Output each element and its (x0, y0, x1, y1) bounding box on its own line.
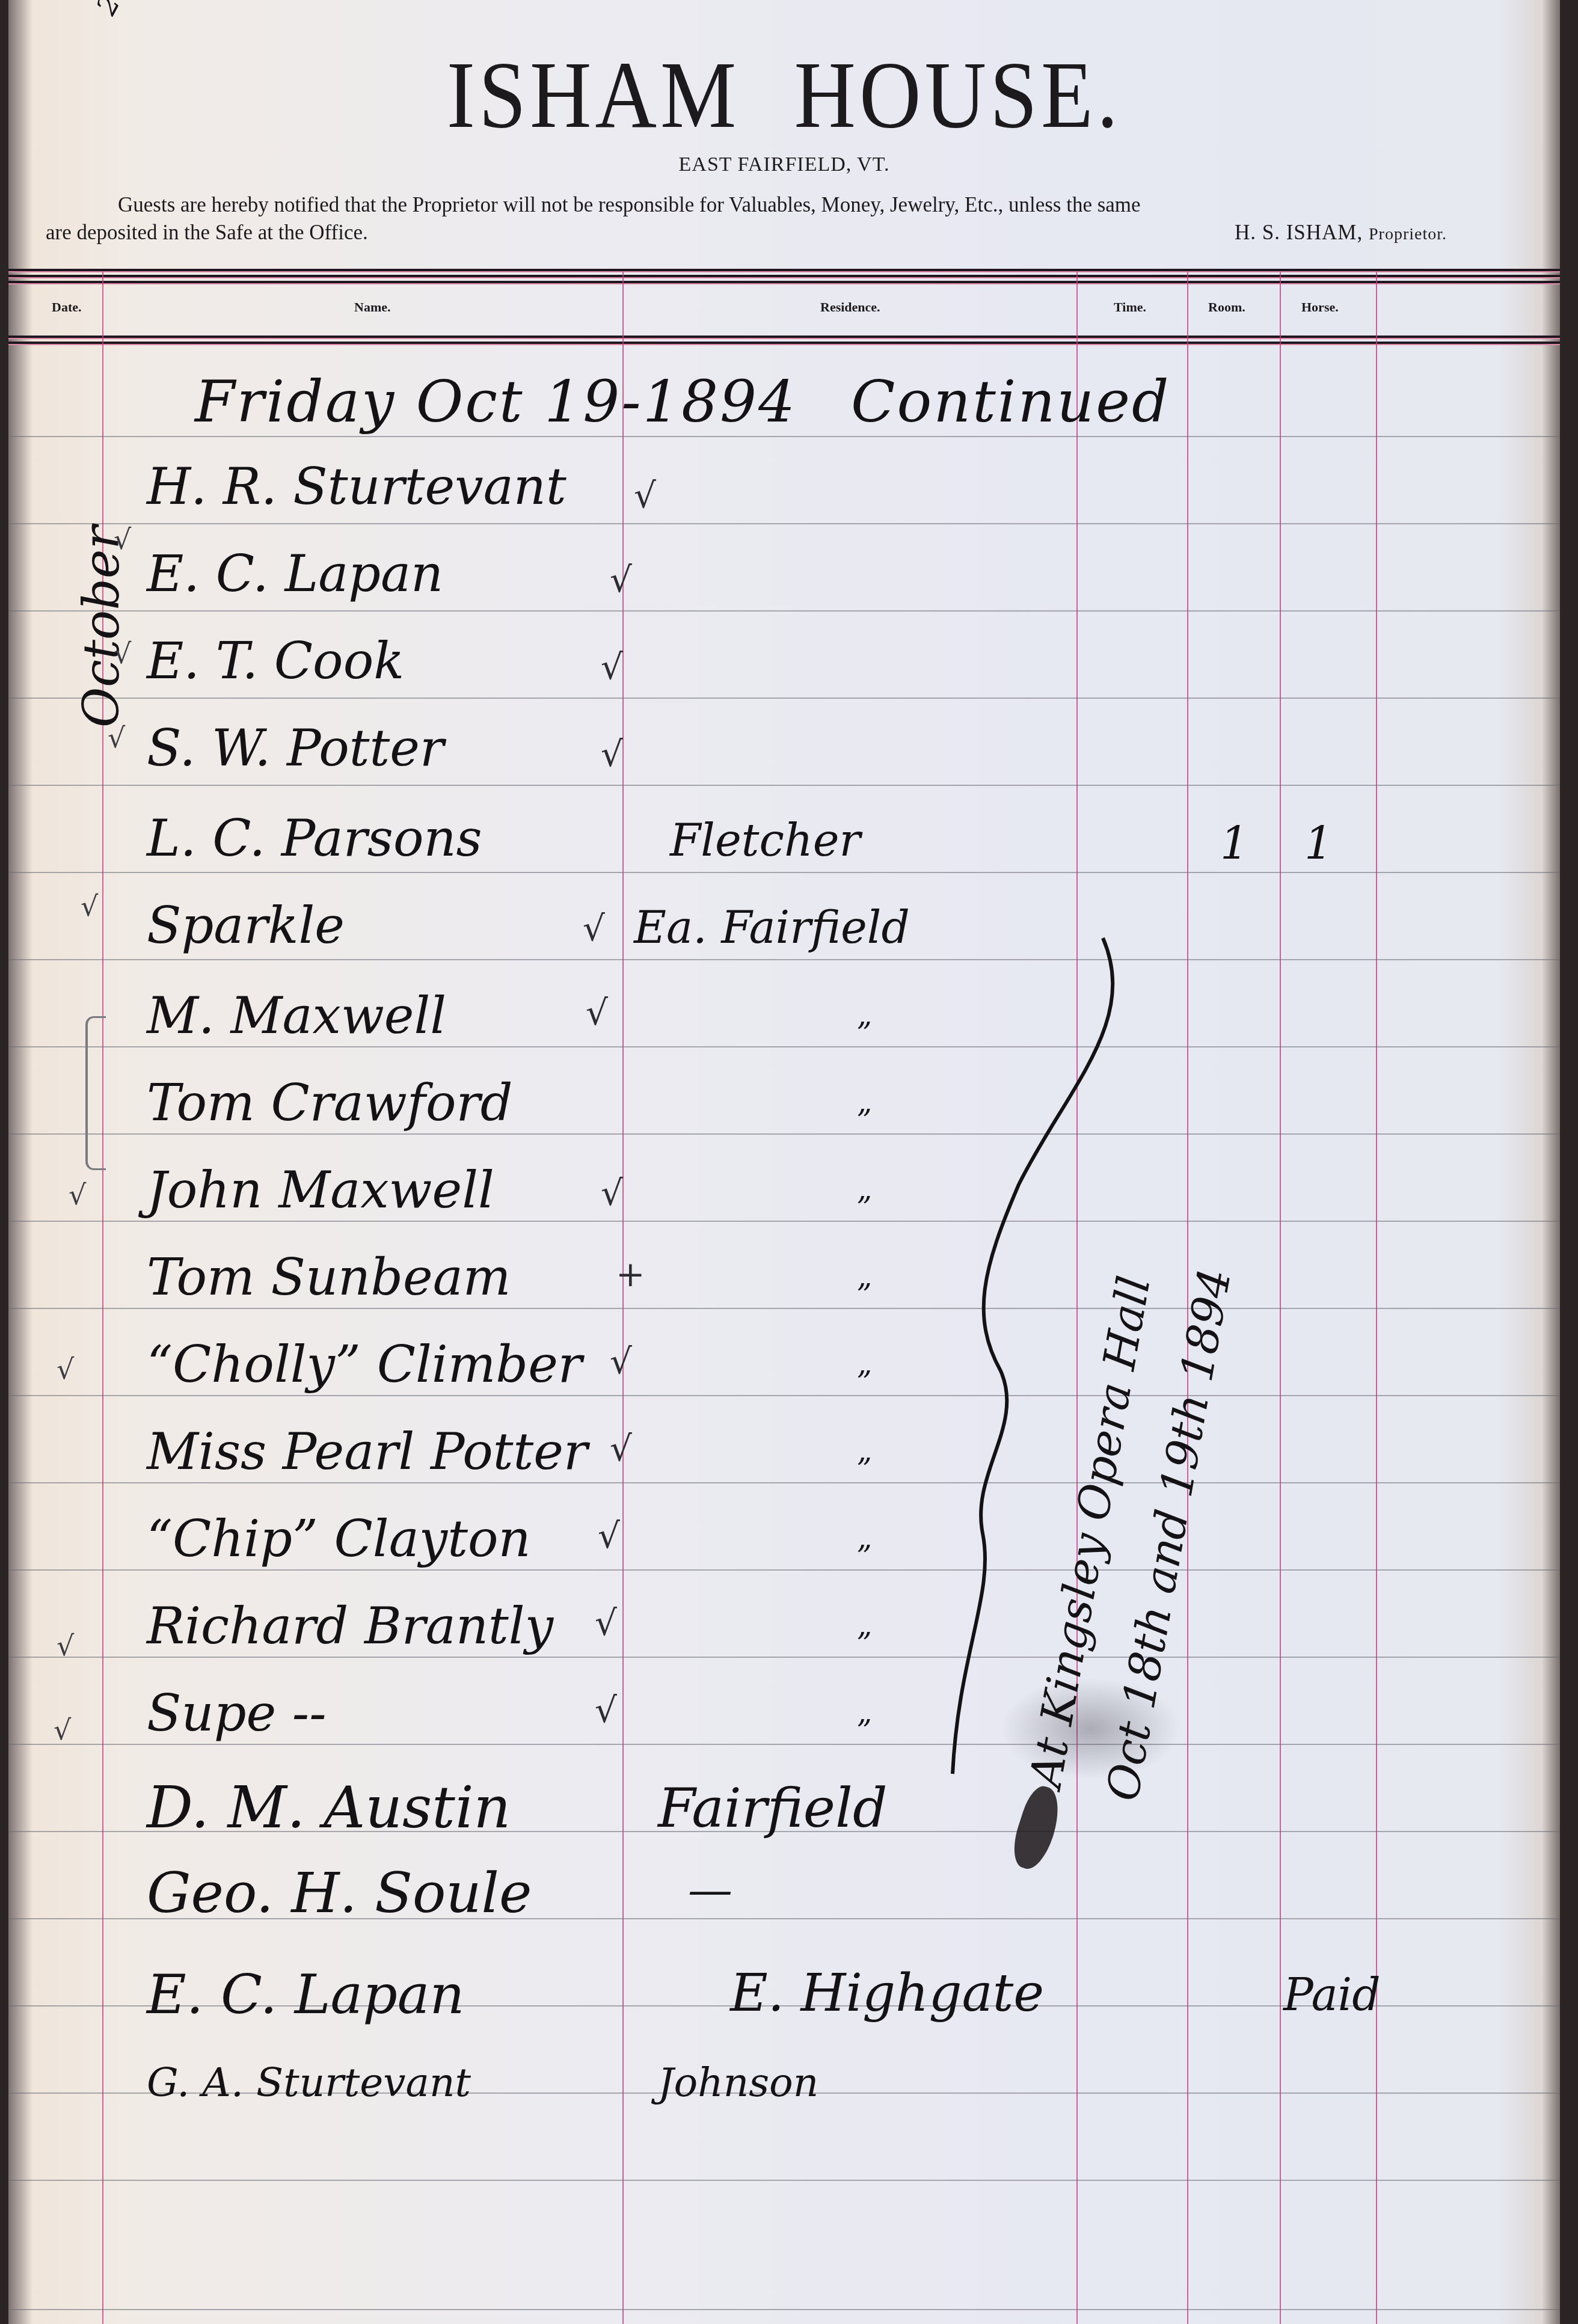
paid-note: Paid (1283, 1969, 1381, 2021)
margin-check-mark: √ (114, 637, 131, 670)
guest-name: “Chip” Clayton (147, 1509, 531, 1568)
guest-name: Geo. H. Soule (147, 1861, 532, 1925)
ditto-mark: ” (856, 1626, 872, 1661)
margin-check-mark: √ (114, 523, 131, 556)
guest-name: E. C. Lapan (147, 544, 443, 603)
spine-shadow (8, 0, 32, 2324)
margin-check-mark: √ (69, 1179, 86, 1211)
margin-check-mark: √ (81, 890, 98, 922)
row-rule (8, 1221, 1560, 1222)
column-header-time: Time. (1114, 299, 1146, 315)
row-rule (8, 523, 1560, 524)
ditto-mark: ” (856, 1365, 872, 1400)
row-rule (8, 959, 1560, 960)
row-rule (8, 1482, 1560, 1483)
title-isham: ISHAM (447, 41, 740, 148)
guest-name: Richard Brantly (147, 1596, 553, 1655)
continued-label: Continued (851, 368, 1170, 435)
guest-room: 1 (1220, 818, 1248, 869)
row-rule (8, 1046, 1560, 1047)
guest-horse: 1 (1304, 818, 1333, 869)
check-mark: + (616, 1254, 645, 1295)
guest-name: Sparkle (147, 896, 345, 955)
row-rule (8, 610, 1560, 612)
guest-name: “Cholly” Climber (147, 1335, 582, 1394)
guest-name: Tom Crawford (147, 1073, 512, 1132)
column-divider (1280, 272, 1281, 2324)
ink-blot (1007, 1782, 1067, 1874)
row-rule (8, 1657, 1560, 1658)
row-rule (8, 1308, 1560, 1309)
pencil-price-note: 2.50 (90, 0, 147, 20)
margin-check-mark: √ (108, 722, 125, 754)
day-heading: Friday Oct 19-1894Continued (195, 368, 1170, 435)
guest-name: G. A. Sturtevant (147, 2059, 471, 2106)
check-mark: √ (610, 1341, 632, 1382)
ditto-mark: ” (856, 1103, 872, 1138)
guest-residence: Ea. Fairfield (634, 902, 910, 954)
column-header-room: Room. (1208, 299, 1245, 315)
guest-residence: — (688, 1864, 732, 1916)
check-mark: √ (610, 1428, 632, 1469)
check-mark: √ (601, 646, 623, 687)
date-margin-october: October (73, 526, 130, 728)
check-mark: √ (598, 1515, 620, 1556)
column-header-horse: Horse. (1301, 299, 1339, 315)
guest-residence: E. Highgate (730, 1963, 1044, 2023)
page-edge (1542, 0, 1560, 2324)
ditto-mark: ” (856, 1278, 872, 1313)
margin-check-mark: √ (57, 1630, 74, 1662)
guest-residence: Johnson (658, 2059, 818, 2106)
row-rule (8, 2180, 1560, 2181)
register-page: 2.50 ISHAMHOUSE. EAST FAIRFIELD, VT. Gue… (8, 0, 1560, 2324)
ditto-mark: ” (856, 1016, 872, 1051)
guest-name: M. Maxwell (147, 986, 446, 1045)
check-mark: √ (634, 475, 656, 516)
row-rule (8, 1395, 1560, 1396)
hotel-location: EAST FAIRFIELD, VT. (8, 153, 1560, 176)
header-rule-bottom (8, 336, 1560, 348)
ditto-mark: ” (856, 1714, 872, 1749)
notice-line-1: Guests are hereby notified that the Prop… (46, 191, 1513, 219)
group-bracket (85, 1016, 106, 1170)
guest-name: Tom Sunbeam (147, 1248, 511, 1307)
check-mark: √ (601, 734, 623, 774)
guest-name: E. C. Lapan (147, 1963, 464, 2026)
column-header-residence: Residence. (820, 299, 880, 315)
guest-residence: Fairfield (658, 1777, 888, 1840)
row-rule (8, 698, 1560, 699)
ditto-mark: ” (856, 1539, 872, 1574)
guest-name: L. C. Parsons (147, 809, 482, 868)
ditto-mark: ” (856, 1191, 872, 1225)
guest-name: D. M. Austin (147, 1774, 511, 1841)
hotel-title: ISHAMHOUSE. (8, 39, 1560, 150)
row-rule (8, 785, 1560, 786)
proprietor-signature: H. S. ISHAM, Proprietor. (1235, 219, 1447, 248)
column-header-date: Date. (52, 299, 81, 315)
check-mark: √ (595, 1602, 617, 1643)
guest-name: H. R. Sturtevant (147, 457, 566, 516)
margin-check-mark: √ (57, 1353, 74, 1385)
row-rule (8, 872, 1560, 873)
check-mark: √ (595, 1690, 617, 1731)
header-rule-top (8, 269, 1560, 287)
row-rule (8, 1133, 1560, 1135)
row-rule (8, 2309, 1560, 2310)
check-mark: √ (601, 1173, 623, 1213)
row-rule (8, 1744, 1560, 1745)
guest-name: Miss Pearl Potter (147, 1422, 588, 1481)
ditto-mark: ” (856, 1452, 872, 1487)
guest-name: John Maxwell (147, 1160, 494, 1219)
check-mark: √ (586, 992, 608, 1033)
row-rule (8, 436, 1560, 437)
valuables-notice: Guests are hereby notified that the Prop… (46, 191, 1513, 248)
margin-check-mark: √ (54, 1714, 71, 1746)
row-rule (8, 1569, 1560, 1571)
column-header-name: Name. (354, 299, 390, 315)
title-house: HOUSE. (794, 41, 1122, 148)
guest-name: Supe -- (147, 1684, 327, 1743)
check-mark: √ (610, 559, 632, 600)
guest-name: S. W. Potter (147, 719, 444, 777)
notice-line-2: are deposited in the Safe at the Office. (46, 219, 368, 248)
guest-name: E. T. Cook (147, 631, 404, 690)
guest-residence: Fletcher (670, 815, 861, 866)
check-mark: √ (583, 908, 605, 949)
